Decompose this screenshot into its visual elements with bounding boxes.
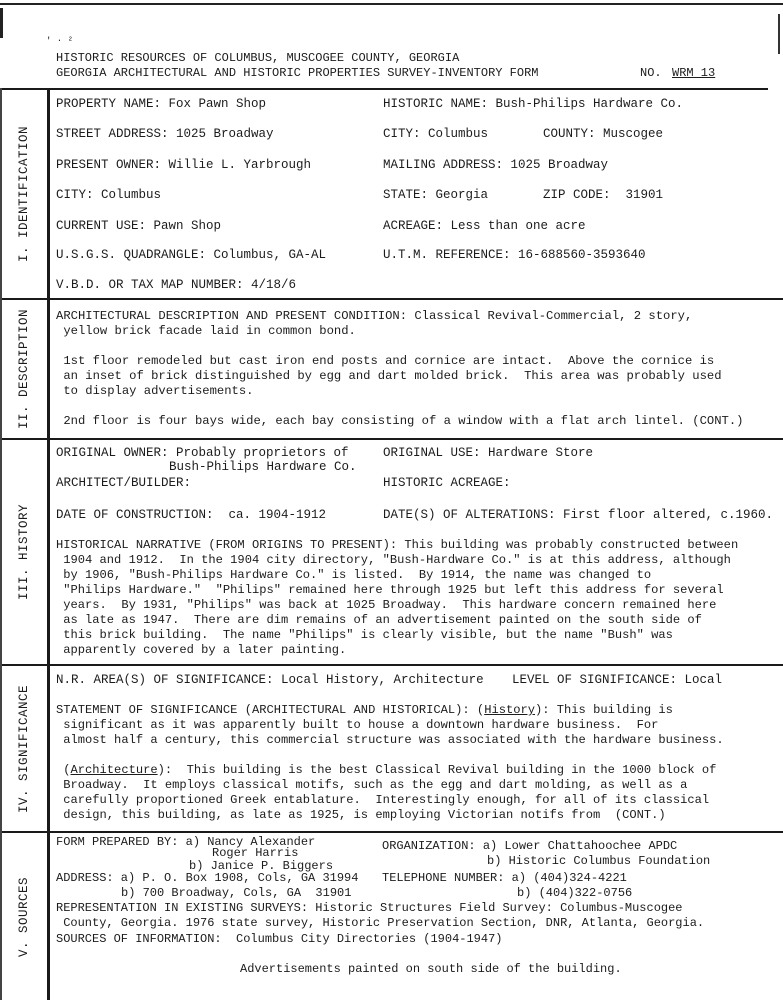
county-field: COUNTY: Muscogee — [543, 127, 663, 142]
statement-prefix: STATEMENT OF SIGNIFICANCE (ARCHITECTURAL… — [56, 703, 484, 717]
statement-line-0: STATEMENT OF SIGNIFICANCE (ARCHITECTURAL… — [56, 703, 673, 718]
historic-name-field: HISTORIC NAME: Bush-Philips Hardware Co. — [383, 97, 683, 112]
statement-line-2: almost half a century, this commercial s… — [56, 733, 724, 748]
narrative-line-3: "Philips Hardware." "Philips" remained h… — [56, 583, 724, 598]
present-owner-field: PRESENT OWNER: Willie L. Yarbrough — [56, 158, 311, 173]
identification-label-text: I. IDENTIFICATION — [17, 126, 31, 262]
date-alterations-field: DATE(S) OF ALTERATIONS: First floor alte… — [383, 508, 773, 523]
organization-b-field: b) Historic Columbus Foundation — [487, 855, 710, 868]
divider-history — [0, 664, 783, 666]
arch-suffix: ): This building is the best Classical R… — [158, 763, 717, 777]
architecture-line-2: carefully proportioned Greek entablature… — [56, 793, 709, 808]
narrative-line-7: apparently covered by a later painting. — [56, 643, 346, 658]
description-line-1: yellow brick facade laid in common bond. — [56, 324, 356, 339]
sources-label-text: V. SOURCES — [17, 876, 31, 956]
history-label-text: III. HISTORY — [17, 504, 31, 600]
divider-header — [0, 88, 768, 90]
divider-description — [0, 438, 783, 440]
top-border — [0, 3, 783, 5]
statement-history-word: History — [484, 703, 535, 717]
description-line-3: 1st floor remodeled but cast iron end po… — [56, 354, 714, 369]
architect-builder-field: ARCHITECT/BUILDER: — [56, 476, 191, 491]
telephone-b-field: b) (404)322-0756 — [517, 887, 632, 900]
city-right-field: CITY: Columbus — [383, 127, 488, 142]
divider-identification — [0, 298, 783, 300]
acreage-field: ACREAGE: Less than one acre — [383, 219, 586, 234]
representation-cont: County, Georgia. 1976 state survey, Hist… — [56, 917, 704, 930]
representation-field: REPRESENTATION IN EXISTING SURVEYS: Hist… — [56, 902, 683, 915]
sources-note: Advertisements painted on south side of … — [240, 963, 622, 976]
utm-reference-field: U.T.M. REFERENCE: 16-688560-3593640 — [383, 248, 646, 263]
section-label-identification: I. IDENTIFICATION — [0, 90, 48, 298]
header-marks: ' · ² — [46, 34, 73, 49]
mailing-address-field: MAILING ADDRESS: 1025 Broadway — [383, 158, 608, 173]
telephone-a-field: TELEPHONE NUMBER: a) (404)324-4221 — [382, 872, 627, 885]
statement-line-1: significant as it was apparently built t… — [56, 718, 658, 733]
description-line-4: an inset of brick distinguished by egg a… — [56, 369, 722, 384]
narrative-line-2: by 1906, "Bush-Philips Hardware Co." is … — [56, 568, 651, 583]
street-address-field: STREET ADDRESS: 1025 Broadway — [56, 127, 274, 142]
narrative-line-5: as late as 1947. There are dim remains o… — [56, 613, 702, 628]
description-line-7: 2nd floor is four bays wide, each bay co… — [56, 414, 744, 429]
property-name-field: PROPERTY NAME: Fox Pawn Shop — [56, 97, 266, 112]
organization-a-field: ORGANIZATION: a) Lower Chattahoochee APD… — [382, 840, 677, 853]
address-a-field: ADDRESS: a) P. O. Box 1908, Cols, GA 319… — [56, 872, 358, 885]
left-corner-border — [0, 8, 3, 38]
narrative-line-4: years. By 1931, "Philips" was back at 10… — [56, 598, 716, 613]
arch-prefix: ( — [56, 763, 71, 777]
level-significance-field: LEVEL OF SIGNIFICANCE: Local — [512, 673, 722, 688]
state-field: STATE: Georgia — [383, 188, 488, 203]
description-line-0: ARCHITECTURAL DESCRIPTION AND PRESENT CO… — [56, 309, 692, 324]
historic-acreage-field: HISTORIC ACREAGE: — [383, 476, 511, 491]
right-edge-border — [778, 14, 780, 54]
city-left-field: CITY: Columbus — [56, 188, 161, 203]
arch-word: Architecture — [71, 763, 158, 777]
architecture-line-0: (Architecture): This building is the bes… — [56, 763, 716, 778]
section-label-sources: V. SOURCES — [0, 833, 48, 1000]
significance-label-text: IV. SIGNIFICANCE — [17, 684, 31, 812]
description-line-5: to display advertisements. — [56, 384, 253, 399]
description-label-text: II. DESCRIPTION — [17, 309, 31, 429]
section-label-history: III. HISTORY — [0, 440, 48, 664]
narrative-line-0: HISTORICAL NARRATIVE (FROM ORIGINS TO PR… — [56, 538, 738, 553]
usgs-quadrangle-field: U.S.G.S. QUADRANGLE: Columbus, GA-AL — [56, 248, 326, 263]
section-label-description: II. DESCRIPTION — [0, 300, 48, 438]
header-title-line2: GEORGIA ARCHITECTURAL AND HISTORIC PROPE… — [56, 66, 538, 81]
address-b-field: b) 700 Broadway, Cols, GA 31901 — [121, 887, 351, 900]
section-label-significance: IV. SIGNIFICANCE — [0, 666, 48, 831]
statement-suffix: ): This building is — [535, 703, 673, 717]
form-number-value: WRM 13 — [672, 66, 715, 81]
zip-code-field: ZIP CODE: 31901 — [543, 188, 663, 203]
form-number-label: NO. — [640, 66, 662, 81]
narrative-line-1: 1904 and 1912. In the 1904 city director… — [56, 553, 731, 568]
original-owner-field: ORIGINAL OWNER: Probably proprietors of — [56, 446, 349, 461]
date-construction-field: DATE OF CONSTRUCTION: ca. 1904-1912 — [56, 508, 326, 523]
nr-area-field: N.R. AREA(S) OF SIGNIFICANCE: Local Hist… — [56, 673, 484, 688]
header-title-line1: HISTORIC RESOURCES OF COLUMBUS, MUSCOGEE… — [56, 51, 459, 66]
original-owner-cont: Bush-Philips Hardware Co. — [169, 460, 357, 475]
narrative-line-6: this brick building. The name "Philips" … — [56, 628, 673, 643]
tax-map-number-field: V.B.D. OR TAX MAP NUMBER: 4/18/6 — [56, 278, 296, 293]
architecture-line-1: Broadway. It employs classical motifs, s… — [56, 778, 687, 793]
sources-of-information-field: SOURCES OF INFORMATION: Columbus City Di… — [56, 933, 502, 946]
architecture-line-3: design, this building, as late as 1925, … — [56, 808, 666, 823]
original-use-field: ORIGINAL USE: Hardware Store — [383, 446, 593, 461]
divider-significance — [0, 831, 783, 833]
current-use-field: CURRENT USE: Pawn Shop — [56, 219, 221, 234]
